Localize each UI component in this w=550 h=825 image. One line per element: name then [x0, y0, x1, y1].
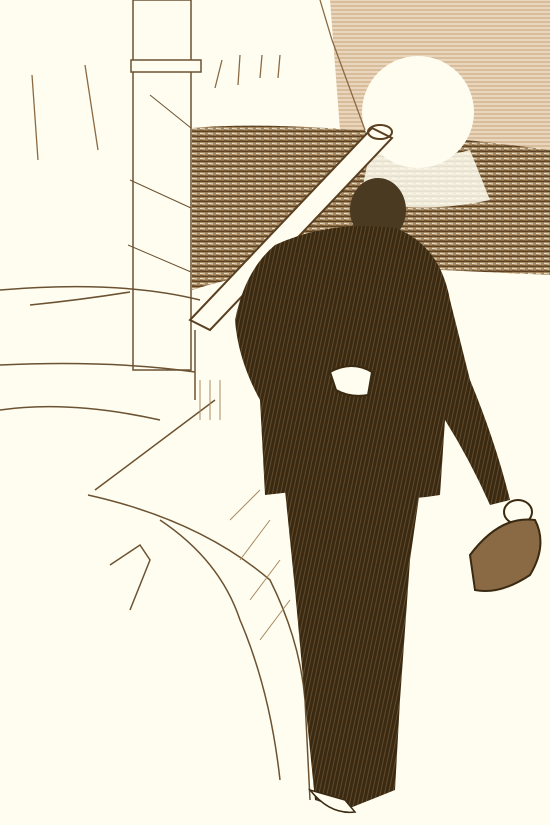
mast-band: [131, 60, 201, 72]
man-trousers: [285, 490, 420, 810]
engraving: [0, 0, 550, 825]
hat: [470, 519, 540, 591]
illustration-canvas: [0, 0, 550, 825]
